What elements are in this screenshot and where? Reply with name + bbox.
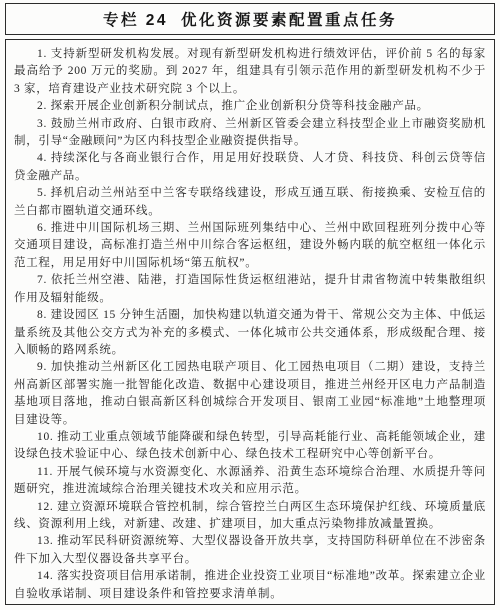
panel-title-text: 优化资源要素配置重点任务: [181, 8, 397, 30]
document-page: 专栏 24 优化资源要素配置重点任务 1. 支持新型研发机构发展。对现有新型研发…: [0, 0, 500, 610]
task-list: 1. 支持新型研发机构发展。对现有新型研发机构进行绩效评估，评价前 5 名的每家…: [5, 39, 495, 605]
task-item: 13. 推动军民科研资源统筹、大型仪器设备开放共享，支持国防科研单位在不涉密条件…: [14, 533, 486, 568]
task-item: 4. 持续深化与各商业银行合作，用足用好投联贷、人才贷、科技贷、科创云贷等信贷金…: [14, 150, 486, 185]
task-item: 2. 探索开展企业创新积分制试点，推广企业创新积分贷等科技金融产品。: [14, 98, 486, 115]
task-item: 11. 开展气候环境与水资源变化、水源涵养、沿黄生态环境综合治理、水质提升等问题…: [14, 464, 486, 499]
task-item: 14. 落实投资项目信用承诺制，推进企业投资工业项目“标准地”改革。探索建立企业…: [14, 568, 486, 603]
task-item: 9. 加快推动兰州新区化工园热电联产项目、化工园热电项目（二期）建设，支持兰州高…: [14, 359, 486, 429]
panel-title-number: 专栏 24: [103, 8, 168, 30]
task-item: 12. 建立资源环境联合管控机制，综合管控兰白两区生态环境保护红线、环境质量底线…: [14, 499, 486, 534]
task-item: 3. 鼓励兰州市政府、白银市政府、兰州新区管委会建立科技型企业上市融资奖励机制，…: [14, 116, 486, 151]
panel-title: 专栏 24 优化资源要素配置重点任务: [5, 3, 495, 35]
task-item: 1. 支持新型研发机构发展。对现有新型研发机构进行绩效评估，评价前 5 名的每家…: [14, 46, 486, 98]
task-item: 8. 建设园区 15 分钟生活圈，加快构建以轨道交通为骨干、常规公交为主体、中低…: [14, 307, 486, 359]
task-item: 7. 依托兰州空港、陆港，打造国际性货运枢纽港站，提升甘肃省物流中转集散组织作用…: [14, 272, 486, 307]
task-item: 5. 择机启动兰州站至中兰客专联络线建设，形成互通互联、衔接换乘、安检互信的兰白…: [14, 185, 486, 220]
task-item: 10. 推动工业重点领域节能降碳和绿色转型，引导高耗能行业、高耗能领域企业，建设…: [14, 429, 486, 464]
task-item: 6. 推进中川国际机场三期、兰州国际班列集结中心、兰州中欧回程班列分拨中心等交通…: [14, 220, 486, 272]
